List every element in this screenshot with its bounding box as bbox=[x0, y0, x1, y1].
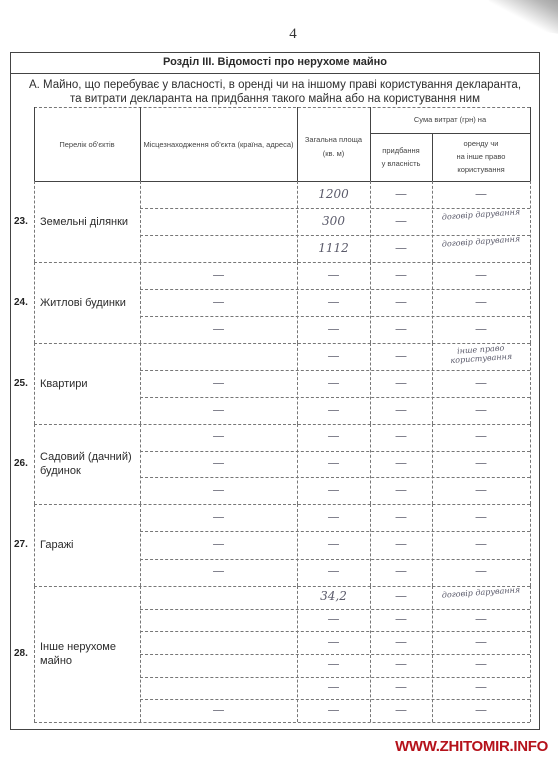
cell-location: — bbox=[140, 456, 297, 470]
row-border bbox=[34, 722, 530, 723]
cell-rent: — bbox=[432, 376, 530, 390]
header-col-divider bbox=[530, 107, 531, 181]
cell-area: — bbox=[297, 510, 370, 524]
cell-area: — bbox=[297, 635, 370, 649]
row-border bbox=[34, 586, 530, 587]
row-number: 24. bbox=[14, 297, 28, 308]
cell-purchase: — bbox=[370, 612, 432, 626]
cell-rent: — bbox=[432, 680, 530, 694]
subsection-a-heading: А. Майно, що перебуває у власності, в ор… bbox=[10, 78, 540, 106]
col-divider bbox=[34, 586, 35, 722]
subrow-border bbox=[140, 370, 530, 371]
cell-location: — bbox=[140, 703, 297, 717]
cell-area: — bbox=[297, 703, 370, 717]
header-expenses-group: Сума витрат (грн) на bbox=[370, 114, 530, 125]
cell-area: 1200 bbox=[297, 187, 370, 201]
header-rent: користування bbox=[432, 164, 530, 175]
subrow-border bbox=[140, 235, 530, 236]
cell-area: — bbox=[297, 322, 370, 336]
subrow-border bbox=[140, 654, 530, 655]
row-label: Садовий (дачний) bbox=[40, 450, 132, 464]
col-divider bbox=[530, 262, 531, 343]
header-objects: Перелік об'єктів bbox=[34, 139, 140, 150]
cell-rent: — bbox=[432, 403, 530, 417]
cell-location: — bbox=[140, 429, 297, 443]
subrow-border bbox=[140, 316, 530, 317]
row-label: Гаражі bbox=[40, 538, 74, 552]
cell-purchase: — bbox=[370, 429, 432, 443]
row-label: майно bbox=[40, 654, 72, 668]
cell-location: — bbox=[140, 510, 297, 524]
cell-area: 34,2 bbox=[297, 589, 370, 603]
col-divider bbox=[140, 181, 141, 262]
cell-purchase: — bbox=[370, 657, 432, 671]
header-location: Місцезнаходження об'єкта (країна, адреса… bbox=[140, 139, 297, 150]
subrow-border bbox=[140, 451, 530, 452]
cell-purchase: — bbox=[370, 376, 432, 390]
col-divider bbox=[530, 424, 531, 504]
cell-area: 300 bbox=[297, 214, 370, 228]
cell-area: — bbox=[297, 456, 370, 470]
row-border bbox=[34, 262, 530, 263]
row-label: Інше нерухоме bbox=[40, 640, 116, 654]
cell-purchase: — bbox=[370, 214, 432, 228]
cell-location: — bbox=[140, 483, 297, 497]
header-bottom-border bbox=[34, 181, 530, 182]
cell-purchase: — bbox=[370, 510, 432, 524]
col-divider bbox=[530, 181, 531, 262]
page-number: 4 bbox=[0, 26, 558, 43]
cell-area: — bbox=[297, 483, 370, 497]
cell-purchase: — bbox=[370, 537, 432, 551]
row-number: 23. bbox=[14, 216, 28, 227]
cell-purchase: — bbox=[370, 589, 432, 603]
cell-area: — bbox=[297, 429, 370, 443]
cell-rent: — bbox=[432, 564, 530, 578]
cell-area: — bbox=[297, 268, 370, 282]
cell-area: — bbox=[297, 537, 370, 551]
cell-area: — bbox=[297, 295, 370, 309]
subrow-border bbox=[140, 559, 530, 560]
cell-purchase: — bbox=[370, 322, 432, 336]
cell-area: — bbox=[297, 680, 370, 694]
cell-rent: — bbox=[432, 657, 530, 671]
row-number: 27. bbox=[14, 539, 28, 550]
col-divider bbox=[34, 181, 35, 262]
cell-purchase: — bbox=[370, 349, 432, 363]
cell-purchase: — bbox=[370, 187, 432, 201]
section-title: Розділ III. Відомості про нерухоме майно bbox=[10, 52, 540, 74]
subrow-border bbox=[140, 289, 530, 290]
row-label: Квартири bbox=[40, 377, 88, 391]
col-divider bbox=[34, 343, 35, 424]
subrow-border bbox=[140, 699, 530, 700]
subsection-a-line-2: та витрати декларанта на придбання таког… bbox=[10, 92, 540, 106]
header-rent: на інше право bbox=[432, 151, 530, 162]
cell-location: — bbox=[140, 322, 297, 336]
cell-area: 1112 bbox=[297, 241, 370, 255]
cell-area: — bbox=[297, 349, 370, 363]
cell-location: — bbox=[140, 295, 297, 309]
row-label: будинок bbox=[40, 464, 81, 478]
row-border bbox=[34, 504, 530, 505]
cell-location: — bbox=[140, 403, 297, 417]
cell-area: — bbox=[297, 657, 370, 671]
cell-area: — bbox=[297, 403, 370, 417]
watermark: WWW.ZHITOMIR.INFO bbox=[395, 738, 548, 755]
row-border bbox=[34, 343, 530, 344]
cell-purchase: — bbox=[370, 680, 432, 694]
cell-rent: — bbox=[432, 187, 530, 201]
header-rent: оренду чи bbox=[432, 138, 530, 149]
subrow-border bbox=[140, 397, 530, 398]
subsection-a-line-1: А. Майно, що перебуває у власності, в ор… bbox=[10, 78, 540, 92]
cell-rent: — bbox=[432, 612, 530, 626]
cell-purchase: — bbox=[370, 403, 432, 417]
cell-purchase: — bbox=[370, 483, 432, 497]
cell-purchase: — bbox=[370, 268, 432, 282]
cell-rent: — bbox=[432, 635, 530, 649]
cell-rent: — bbox=[432, 510, 530, 524]
cell-purchase: — bbox=[370, 456, 432, 470]
col-divider bbox=[34, 504, 35, 586]
cell-rent: — bbox=[432, 429, 530, 443]
cell-rent: — bbox=[432, 295, 530, 309]
cell-rent: — bbox=[432, 483, 530, 497]
cell-location: — bbox=[140, 537, 297, 551]
cell-location: — bbox=[140, 376, 297, 390]
row-number: 26. bbox=[14, 458, 28, 469]
cell-rent: — bbox=[432, 456, 530, 470]
col-divider bbox=[530, 504, 531, 586]
subrow-border bbox=[140, 631, 530, 632]
table-top-border bbox=[34, 107, 530, 108]
cell-location: — bbox=[140, 564, 297, 578]
cell-area: — bbox=[297, 564, 370, 578]
header-area-2: (кв. м) bbox=[297, 148, 370, 159]
subrow-border bbox=[140, 208, 530, 209]
cell-purchase: — bbox=[370, 564, 432, 578]
cell-purchase: — bbox=[370, 703, 432, 717]
cell-area: — bbox=[297, 376, 370, 390]
subrow-border bbox=[140, 477, 530, 478]
cell-area: — bbox=[297, 612, 370, 626]
header-area-1: Загальна площа bbox=[297, 134, 370, 145]
header-purchase: у власність bbox=[370, 158, 432, 169]
row-label: Земельні ділянки bbox=[40, 215, 128, 229]
cell-purchase: — bbox=[370, 241, 432, 255]
cell-rent: — bbox=[432, 703, 530, 717]
row-border bbox=[34, 424, 530, 425]
cell-location: — bbox=[140, 268, 297, 282]
col-divider bbox=[34, 424, 35, 504]
expenses-group-divider bbox=[370, 133, 530, 134]
cell-rent: — bbox=[432, 537, 530, 551]
col-divider bbox=[530, 586, 531, 722]
cell-purchase: — bbox=[370, 295, 432, 309]
subrow-border bbox=[140, 609, 530, 610]
row-number: 25. bbox=[14, 378, 28, 389]
col-divider bbox=[34, 262, 35, 343]
subrow-border bbox=[140, 677, 530, 678]
subrow-border bbox=[140, 531, 530, 532]
cell-purchase: — bbox=[370, 635, 432, 649]
cell-rent: — bbox=[432, 322, 530, 336]
row-number: 28. bbox=[14, 648, 28, 659]
row-label: Житлові будинки bbox=[40, 296, 126, 310]
cell-rent: — bbox=[432, 268, 530, 282]
header-purchase: придбання bbox=[370, 145, 432, 156]
